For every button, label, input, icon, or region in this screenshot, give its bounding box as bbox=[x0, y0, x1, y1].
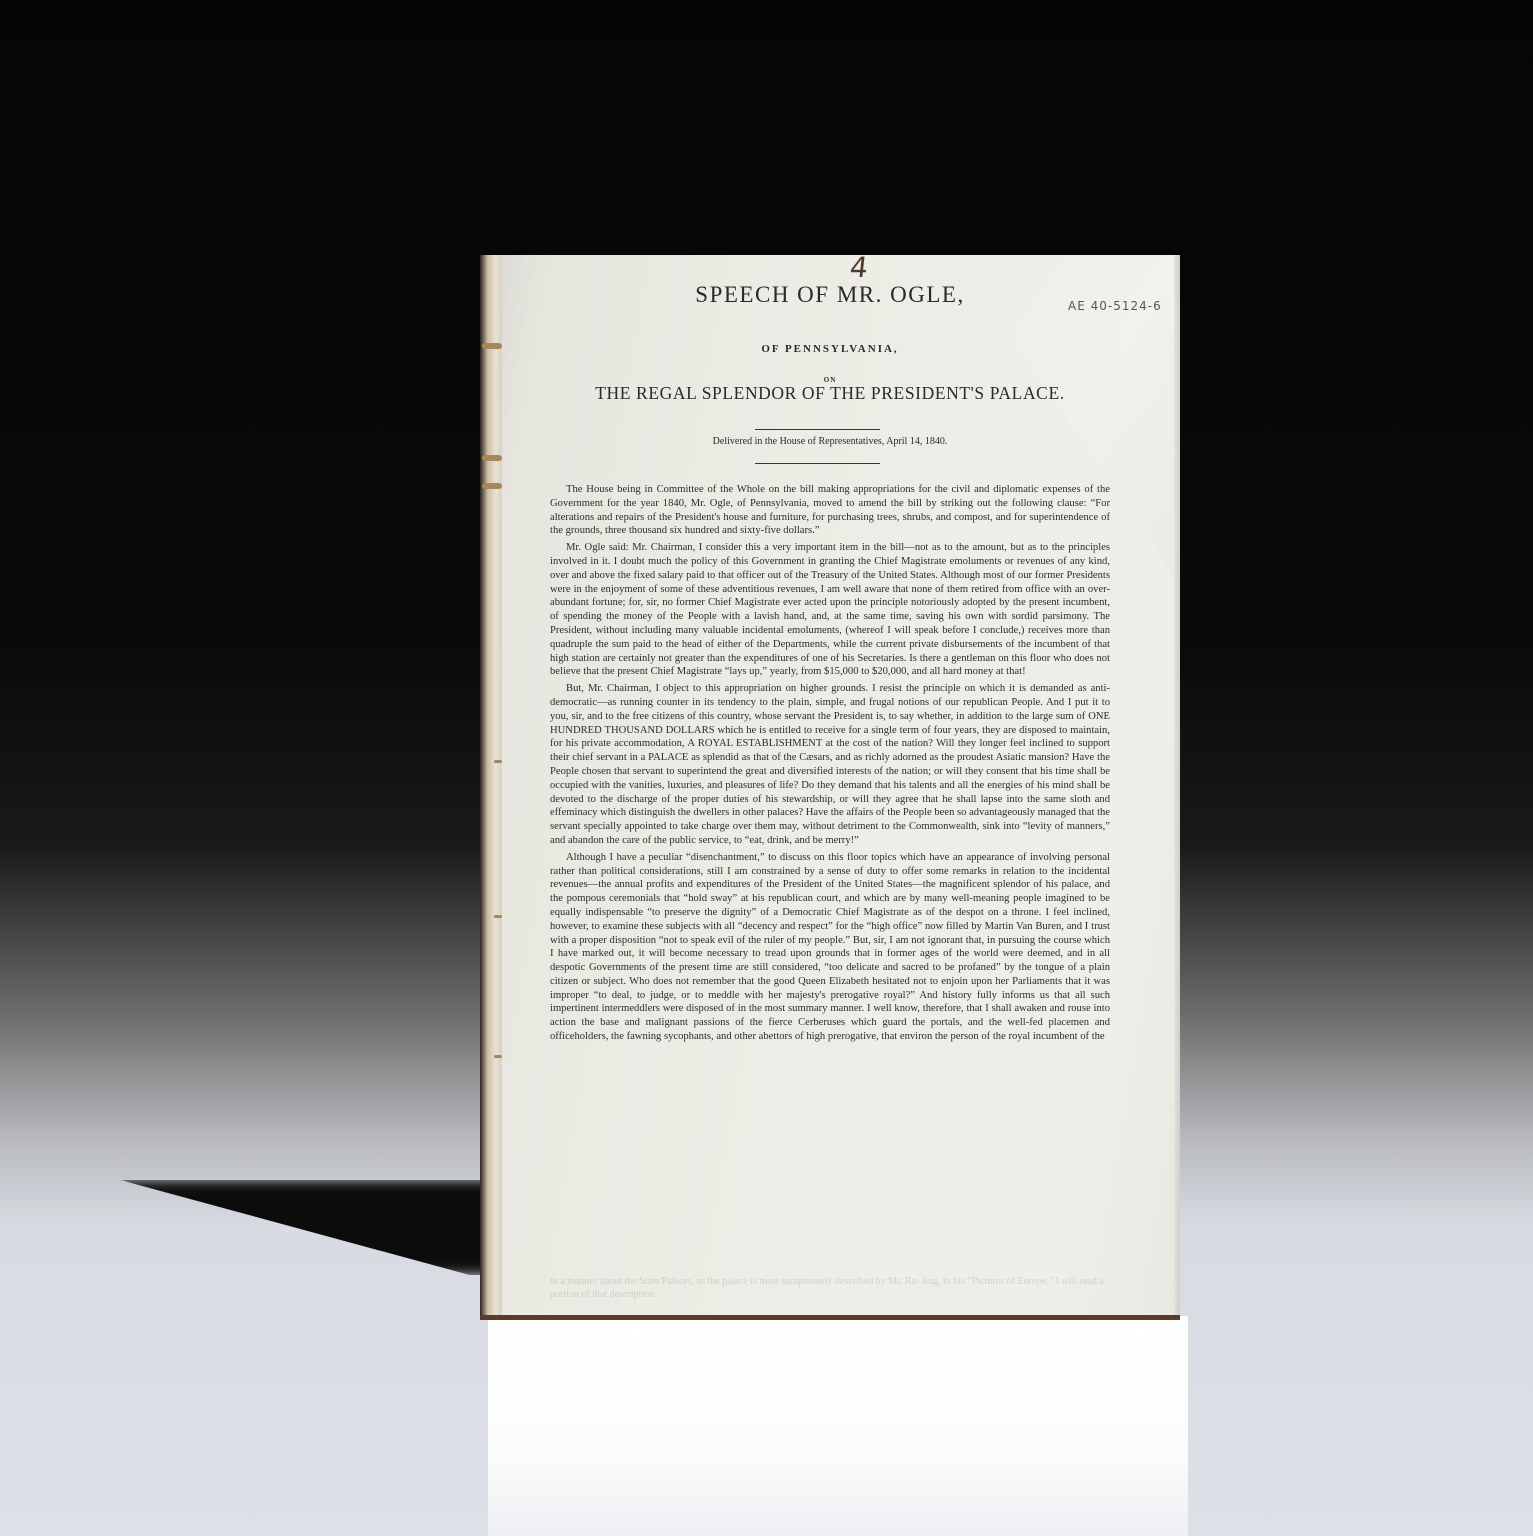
page-edge bbox=[1174, 255, 1180, 1315]
stitch-mark bbox=[482, 343, 502, 349]
speech-body: The House being in Committee of the Whol… bbox=[550, 483, 1110, 1047]
stitch-mark bbox=[482, 455, 502, 461]
paragraph: The House being in Committee of the Whol… bbox=[550, 483, 1110, 538]
divider-rule bbox=[755, 429, 880, 430]
document-title: SPEECH OF MR. OGLE, bbox=[550, 282, 1110, 308]
pamphlet-page: 4 AE 40-5124-6 SPEECH OF MR. OGLE, OF PE… bbox=[480, 255, 1180, 1318]
paragraph: Although I have a peculiar “disenchantme… bbox=[550, 851, 1110, 1044]
page-shadow bbox=[120, 1180, 500, 1275]
stitched-spine bbox=[480, 255, 502, 1315]
stitch-mark bbox=[494, 915, 502, 918]
document-subject: THE REGAL SPLENDOR OF THE PRESIDENT'S PA… bbox=[540, 383, 1120, 404]
document-subtitle: OF PENNSYLVANIA, bbox=[550, 343, 1110, 355]
stitch-mark bbox=[494, 760, 502, 763]
stitch-mark bbox=[482, 483, 502, 489]
handwritten-number: 4 bbox=[848, 251, 869, 284]
stitch-mark bbox=[494, 1055, 502, 1058]
divider-rule bbox=[755, 463, 880, 464]
paragraph: But, Mr. Chairman, I object to this appr… bbox=[550, 682, 1110, 848]
page-reflection bbox=[488, 1316, 1188, 1536]
delivered-line: Delivered in the House of Representative… bbox=[550, 436, 1110, 447]
bleed-through-text: to a manner about the State Palaces, as … bbox=[550, 1275, 1110, 1301]
paragraph: Mr. Ogle said: Mr. Chairman, I consider … bbox=[550, 541, 1110, 679]
